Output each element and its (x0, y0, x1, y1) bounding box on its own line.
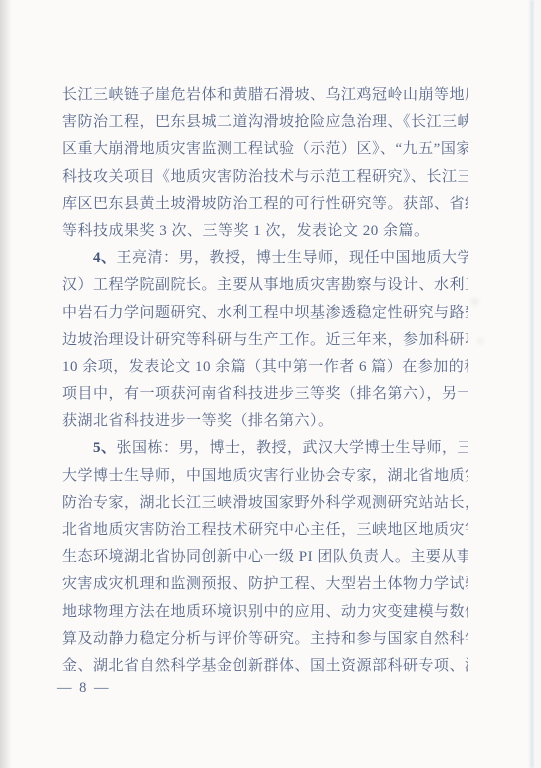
text-line: 生态环境湖北省协同创新中心一级 PI 团队负责人。主要从事地质 (62, 544, 468, 571)
text-line: 10 余项，发表论文 10 余篇（其中第一作者 6 篇）在参加的科研 (62, 354, 468, 381)
list-item-number: 5、 (93, 440, 117, 456)
scan-right-edge-highlight (534, 0, 541, 768)
text-line: 中岩石力学问题研究、水利工程中坝基渗透稳定性研究与路堑高 (62, 300, 468, 327)
scan-smudge (477, 338, 484, 344)
text-line: 害防治工程，巴东县城二道沟滑坡抢险应急治理、《长江三峡库 (62, 109, 468, 136)
text-line: 地球物理方法在地质环境识别中的应用、动力灾变建模与数值计 (62, 599, 468, 626)
text-line: 大学博士生导师，中国地质灾害行业协会专家，湖北省地质灾害 (62, 463, 468, 490)
scan-left-edge-shadow (0, 0, 12, 768)
text-line: 防治专家，湖北长江三峡滑坡国家野外科学观测研究站站长，湖 (62, 490, 468, 517)
scan-smudge (470, 298, 479, 305)
text-line: 算及动静力稳定分析与评价等研究。主持和参与国家自然科学基 (62, 626, 468, 653)
text-line: 北省地质灾害防治工程技术研究中心主任，三峡地区地质灾害与 (62, 517, 468, 544)
text-line: 金、湖北省自然科学基金创新群体、国土资源部科研专项、湖北 (62, 653, 468, 680)
text-line: 长江三峡链子崖危岩体和黄腊石滑坡、乌江鸡冠岭山崩等地质灾 (62, 82, 468, 109)
text-line: 边坡治理设计研究等科研与生产工作。近三年来，参加科研项目 (62, 327, 468, 354)
text-line: 等科技成果奖 3 次、三等奖 1 次，发表论文 20 余篇。 (62, 218, 468, 245)
text-line: 汉）工程学院副院长。主要从事地质灾害勘察与设计、水利工程 (62, 272, 468, 299)
text-block: 长江三峡链子崖危岩体和黄腊石滑坡、乌江鸡冠岭山崩等地质灾害防治工程，巴东县城二道… (62, 82, 468, 680)
text-line: 库区巴东县黄土坡滑坡防治工程的可行性研究等。获部、省级二 (62, 191, 468, 218)
text-line: 获湖北省科技进步一等奖（排名第六）。 (62, 408, 468, 435)
text-line: 项目中，有一项获河南省科技进步三等奖（排名第六），另一项 (62, 381, 468, 408)
text-line: 4、王亮清：男，教授，博士生导师，现任中国地质大学（武 (62, 245, 468, 272)
text-line: 区重大崩滑地质灾害监测工程试验（示范）区》、“九五”国家 (62, 136, 468, 163)
text-line: 5、张国栋：男，博士，教授，武汉大学博士生导师，三峡 (62, 435, 468, 462)
text-line: 灾害成灾机理和监测预报、防护工程、大型岩土体物力学试验、 (62, 571, 468, 598)
page-number: — 8 — (57, 680, 111, 697)
scanned-document-page: 长江三峡链子崖危岩体和黄腊石滑坡、乌江鸡冠岭山崩等地质灾害防治工程，巴东县城二道… (0, 0, 541, 768)
list-item-number: 4、 (93, 250, 117, 266)
scan-right-edge-band (530, 0, 534, 768)
text-line: 科技攻关项目《地质灾害防治技术与示范工程研究》、长江三峡 (62, 164, 468, 191)
